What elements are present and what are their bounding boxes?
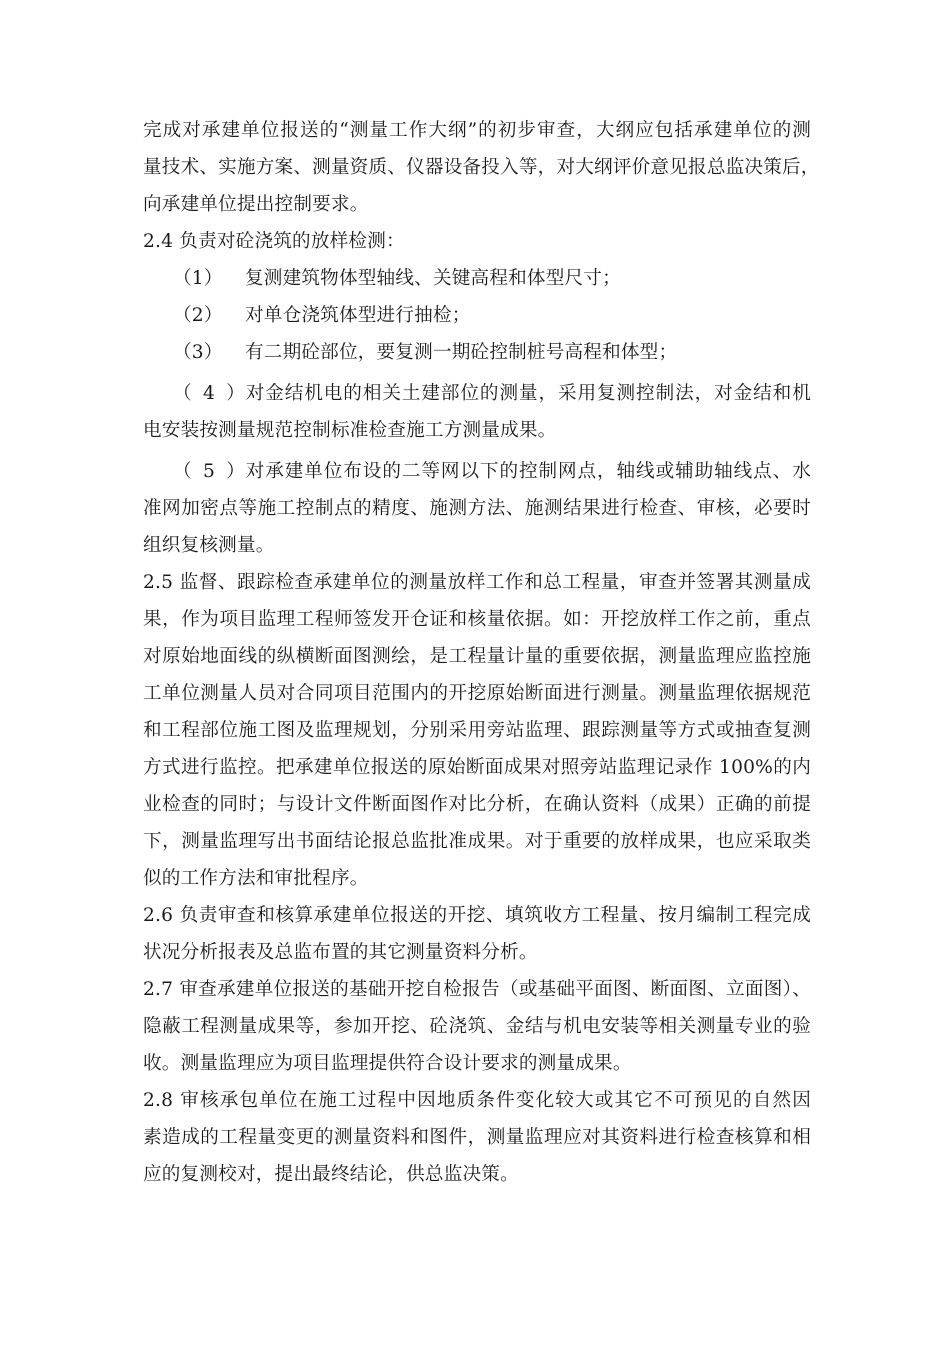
section-2-4-heading: 2.4 负责对砼浇筑的放样检测： (143, 223, 405, 260)
list-item-4-line-2: 电安装按测量规范控制标准检查施工方测量成果。 (143, 412, 556, 449)
section-2-8-line-1: 2.8 审核承包单位在施工过程中因地质条件变化较大或其它不可预见的自然因 (143, 1082, 811, 1119)
list-number: （4） (173, 375, 245, 412)
paragraph-intro-line-1: 完成对承建单位报送的“测量工作大纲”的初步审查，大纲应包括承建单位的测 (143, 112, 811, 149)
list-item-5: （5）对承建单位布设的二等网以下的控制网点，轴线或辅助轴线点、水 (173, 453, 811, 490)
list-number: （2） (173, 297, 245, 334)
list-text: 对单仓浇筑体型进行抽检； (245, 305, 471, 326)
section-2-5-line-1: 2.5 监督、跟踪检查承建单位的测量放样工作和总工程量，审查并签署其测量成 (143, 564, 811, 601)
list-text: 对承建单位布设的二等网以下的控制网点，轴线或辅助轴线点、水 (245, 461, 811, 482)
list-item-3: （3）有二期砼部位，要复测一期砼控制桩号高程和体型； (173, 334, 677, 371)
section-2-8-line-2: 素造成的工程量变更的测量资料和图件，测量监理应对其资料进行检查核算和相 (143, 1119, 811, 1156)
section-2-5-line-4: 工单位测量人员对合同项目范围内的开挖原始断面进行测量。测量监理依据规范 (143, 675, 811, 712)
section-2-8-line-3: 应的复测校对，提出最终结论，供总监决策。 (143, 1156, 519, 1193)
list-number: （1） (173, 260, 245, 297)
list-item-5-line-3: 组织复核测量。 (143, 527, 275, 564)
section-2-5-line-5: 和工程部位施工图及监理规划，分别采用旁站监理、跟踪测量等方式或抽查复测 (143, 712, 811, 749)
list-item-1: （1）复测建筑物体型轴线、关键高程和体型尺寸； (173, 260, 621, 297)
section-2-7-line-2: 隐蔽工程测量成果等，参加开挖、砼浇筑、金结与机电安装等相关测量专业的验 (143, 1008, 811, 1045)
section-2-5-line-6: 方式进行监控。把承建单位报送的原始断面成果对照旁站监理记录作 100%的内 (143, 749, 811, 786)
section-2-7-line-3: 收。测量监理应为项目监理提供符合设计要求的测量成果。 (143, 1045, 632, 1082)
list-item-2: （2）对单仓浇筑体型进行抽检； (173, 297, 471, 334)
section-2-7-line-1: 2.7 审查承建单位报送的基础开挖自检报告（或基础平面图、断面图、立面图）、 (143, 971, 811, 1008)
section-2-5-line-3: 对原始地面线的纵横断面图测绘，是工程量计量的重要依据，测量监理应监控施 (143, 638, 811, 675)
section-2-6-line-2: 状况分析报表及总监布置的其它测量资料分析。 (143, 934, 538, 971)
list-text: 对金结机电的相关土建部位的测量，采用复测控制法，对金结和机 (245, 383, 811, 404)
list-item-5-line-2: 准网加密点等施工控制点的精度、施测方法、施测结果进行检查、审核，必要时 (143, 490, 811, 527)
list-number: （5） (173, 453, 245, 490)
list-item-4: （4）对金结机电的相关土建部位的测量，采用复测控制法，对金结和机 (173, 375, 811, 412)
list-number: （3） (173, 334, 245, 371)
list-text: 有二期砼部位，要复测一期砼控制桩号高程和体型； (245, 342, 677, 363)
section-2-5-line-2: 果，作为项目监理工程师签发开仓证和核量依据。如：开挖放样工作之前，重点 (143, 601, 811, 638)
list-text: 复测建筑物体型轴线、关键高程和体型尺寸； (245, 268, 621, 289)
paragraph-intro-line-3: 向承建单位提出控制要求。 (143, 186, 369, 223)
section-2-5-line-8: 下，测量监理写出书面结论报总监批准成果。对于重要的放样成果，也应采取类 (143, 823, 811, 860)
section-2-5-line-9: 似的工作方法和审批程序。 (143, 860, 369, 897)
section-2-6-line-1: 2.6 负责审查和核算承建单位报送的开挖、填筑收方工程量、按月编制工程完成 (143, 897, 811, 934)
section-2-5-line-7: 业检查的同时；与设计文件断面图作对比分析，在确认资料（成果）正确的前提 (143, 786, 811, 823)
paragraph-intro-line-2: 量技术、实施方案、测量资质、仪器设备投入等，对大纲评价意见报总监决策后， (143, 149, 811, 186)
